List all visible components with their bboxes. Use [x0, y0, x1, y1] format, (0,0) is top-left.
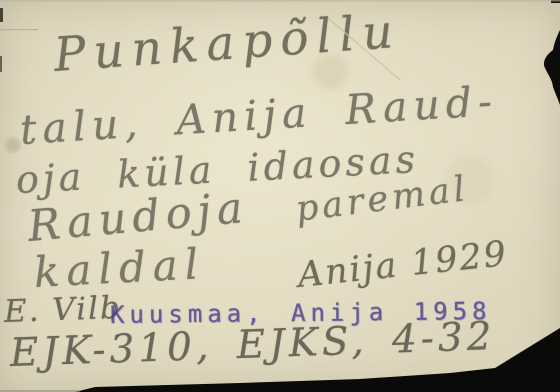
scanned-card: Punkapõllu talu, Anija Raud- oja küla id…	[0, 0, 560, 392]
paper-crease-top-left	[0, 29, 38, 30]
paper-edge-top-line	[0, 0, 560, 2]
place-name-handwriting: Punkapõllu	[52, 4, 402, 83]
year-annotation-1929: Anija 1929	[296, 234, 510, 296]
collector-name-handwriting: E. Vilb	[3, 290, 122, 330]
scan-left-edge-mark-2	[0, 56, 2, 72]
scan-left-edge-mark-1	[0, 8, 3, 22]
scan-right-edge-blob	[544, 30, 560, 105]
handwriting-line-5: kaldal	[33, 239, 207, 297]
handwriting-line-2: talu, Anija Raud-	[19, 77, 500, 154]
archive-stamp: Kuusmaa, Anija 1958	[110, 297, 492, 329]
scan-top-right-mark	[551, 0, 560, 3]
